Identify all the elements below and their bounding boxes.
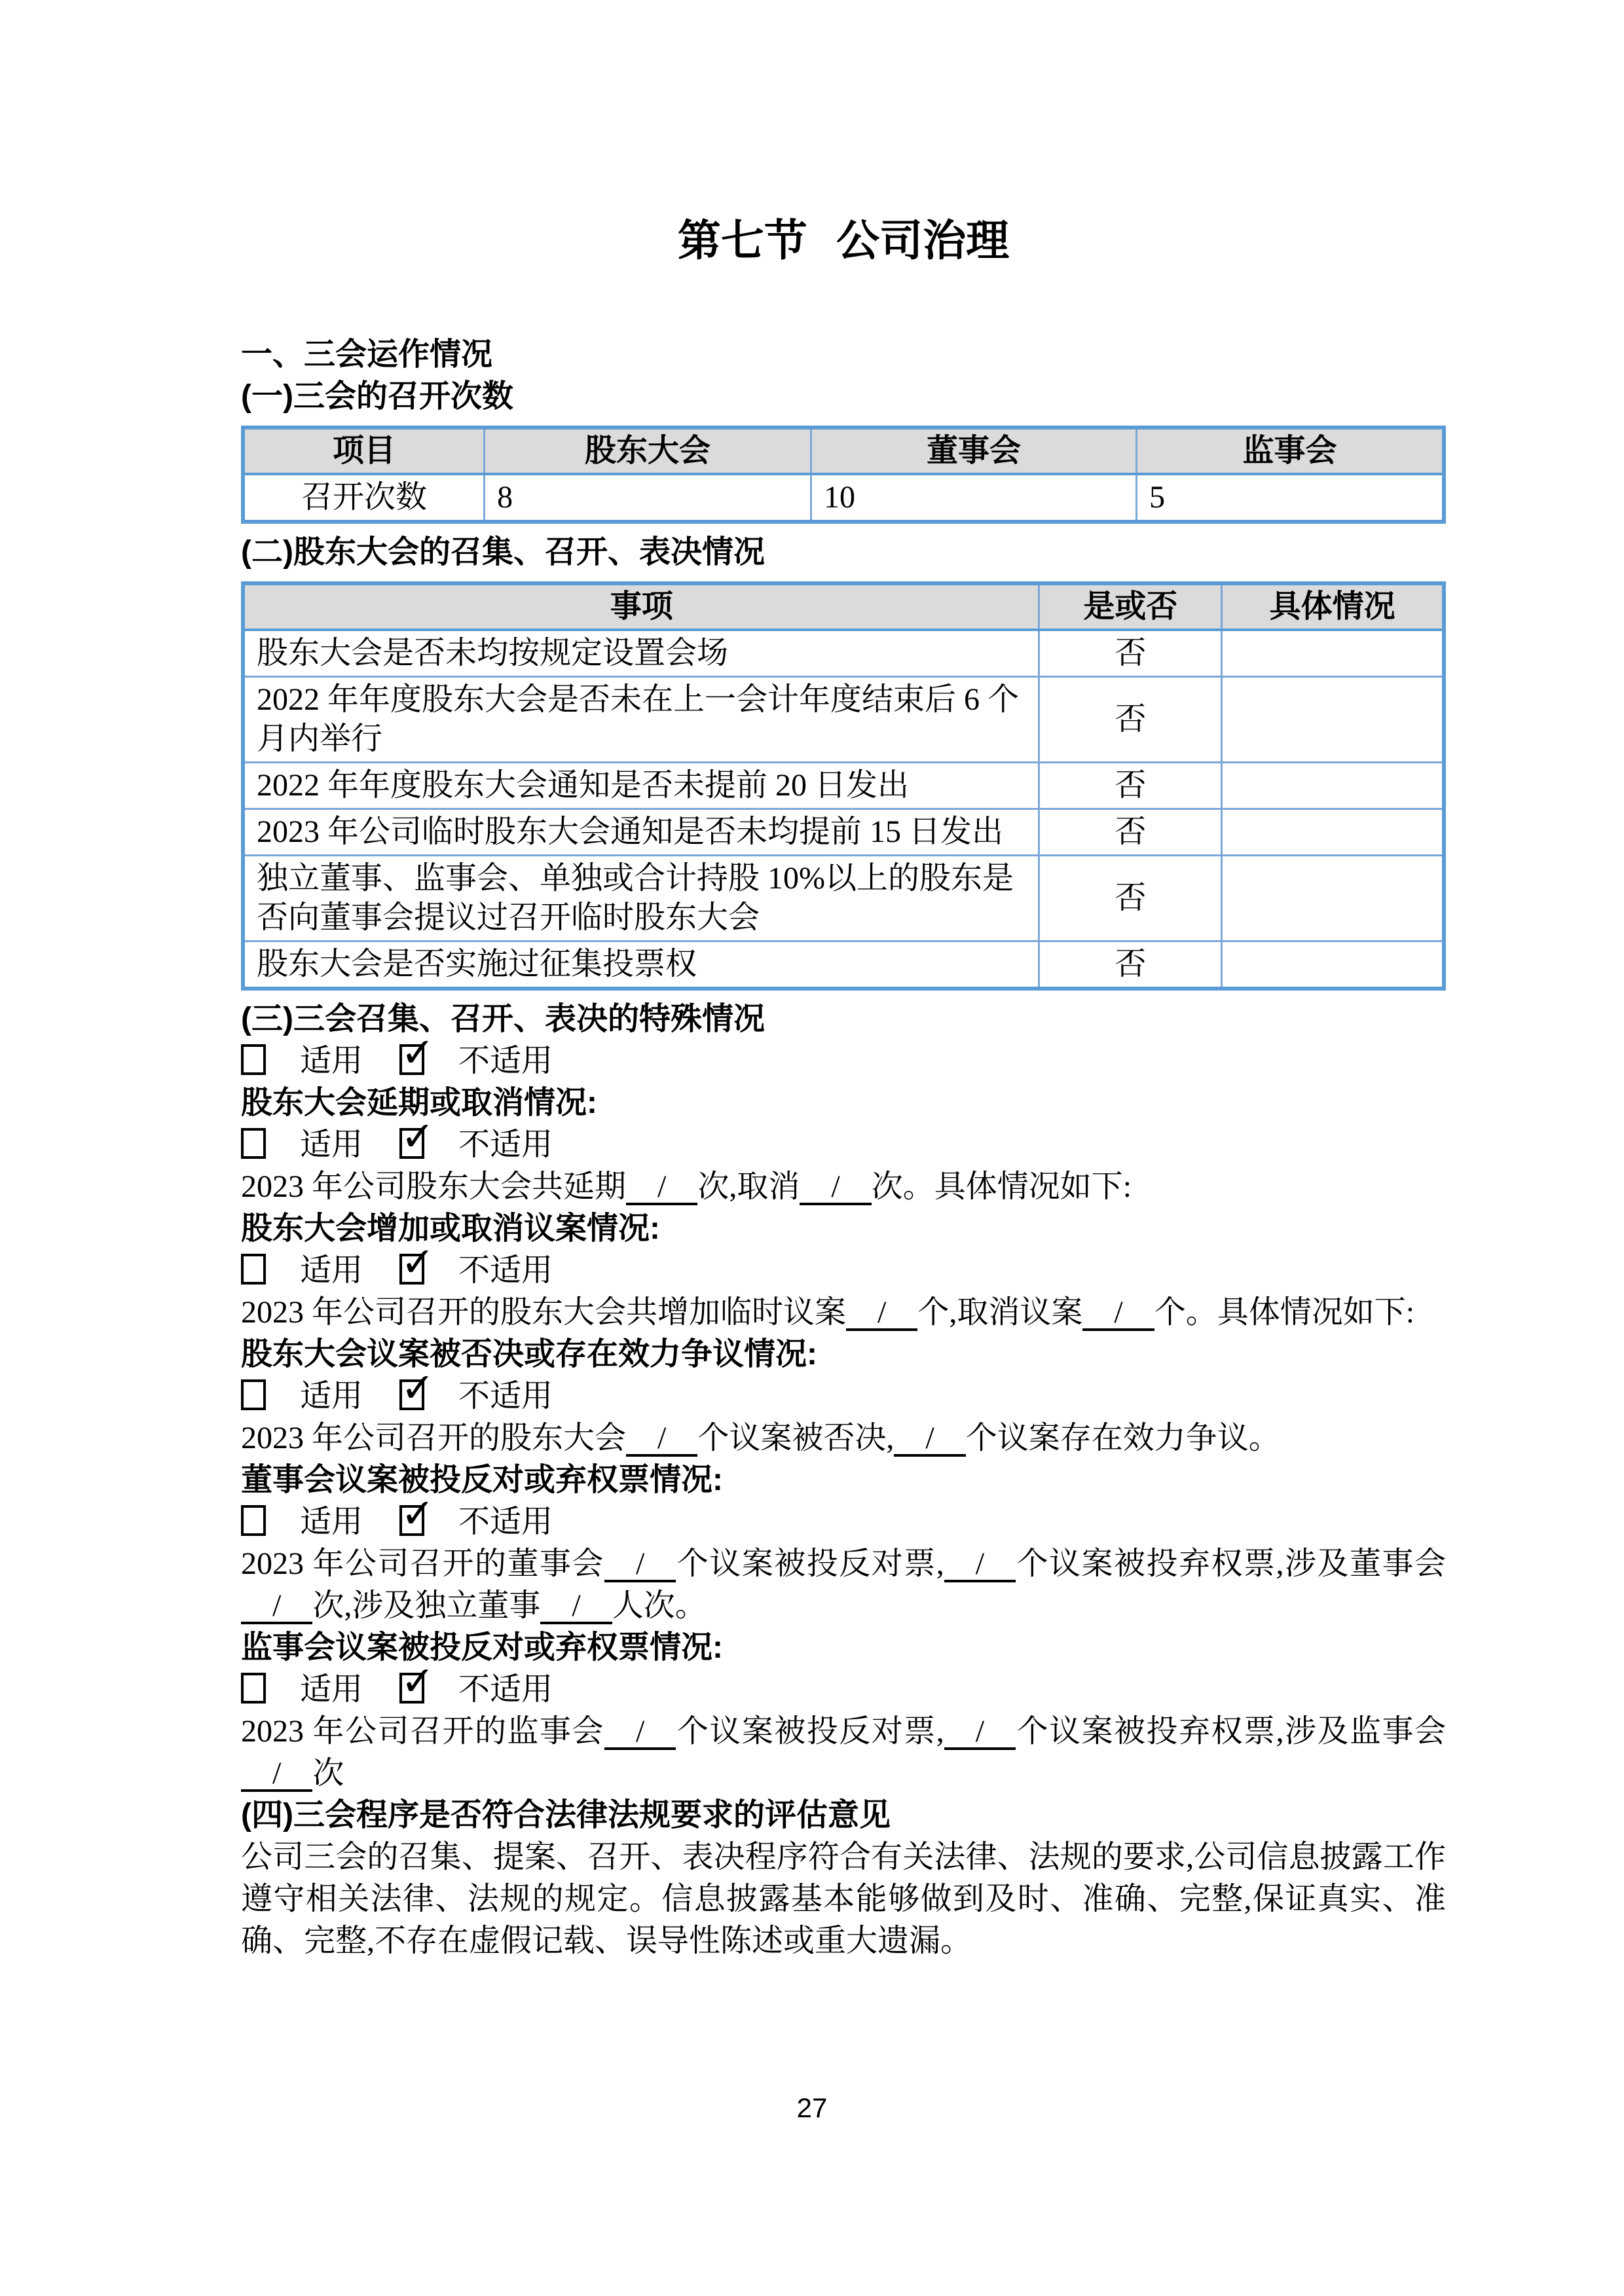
checkbox-unchecked-icon bbox=[241, 1505, 266, 1536]
yes-no-cell: 否 bbox=[1039, 941, 1222, 989]
paragraph: 2023 年公司召开的监事会 / 个议案被投反对票, / 个议案被投弃权票,涉及… bbox=[241, 1711, 1446, 1795]
page-number: 27 bbox=[0, 2092, 1624, 2124]
table-row: 2022 年年度股东大会是否未在上一会计年度结束后 6 个月内举行否 bbox=[243, 677, 1444, 763]
shareholder-meeting-table: 事项 是或否 具体情况 股东大会是否未均按规定设置会场否2022 年年度股东大会… bbox=[241, 581, 1446, 991]
page-title: 第七节 公司治理 bbox=[241, 216, 1446, 264]
checkbox-unchecked-icon bbox=[241, 1254, 266, 1285]
fill-in-blank-slash: / bbox=[626, 1171, 697, 1205]
table-row: 2023 年公司临时股东大会通知是否未均提前 15 日发出否 bbox=[243, 809, 1444, 856]
table-row: 股东大会是否未均按规定设置会场否 bbox=[243, 630, 1444, 677]
paragraph: 2023 年公司股东大会共延期 / 次,取消 / 次。具体情况如下: bbox=[241, 1166, 1446, 1208]
paragraph: 2023 年公司召开的股东大会共增加临时议案 / 个,取消议案 / 个。具体情况… bbox=[241, 1292, 1446, 1334]
checkbox-checked-icon bbox=[399, 1379, 424, 1410]
yes-no-cell: 否 bbox=[1039, 763, 1222, 809]
not-applicable-label: 不适用 bbox=[458, 1504, 553, 1539]
table-header-row: 项目 股东大会 董事会 监事会 bbox=[243, 428, 1444, 474]
yes-no-cell: 否 bbox=[1039, 809, 1222, 856]
applicable-label: 适用 bbox=[300, 1379, 363, 1413]
not-applicable-label: 不适用 bbox=[458, 1044, 553, 1078]
column-header-board-of-directors: 董事会 bbox=[811, 428, 1136, 474]
yes-no-cell: 否 bbox=[1039, 677, 1222, 763]
applicable-label: 适用 bbox=[300, 1672, 363, 1707]
applicable-label: 适用 bbox=[300, 1044, 363, 1078]
details-cell bbox=[1222, 677, 1444, 763]
matter-cell: 2023 年公司临时股东大会通知是否未均提前 15 日发出 bbox=[243, 809, 1039, 856]
applicability-row: 适用不适用 bbox=[241, 1376, 1446, 1417]
not-applicable-label: 不适用 bbox=[458, 1127, 553, 1162]
board-meeting-count: 10 bbox=[811, 474, 1136, 522]
checkbox-unchecked-icon bbox=[241, 1128, 266, 1159]
fill-in-blank-slash: / bbox=[241, 1590, 312, 1624]
applicable-label: 适用 bbox=[300, 1504, 363, 1539]
column-header-shareholder-meeting: 股东大会 bbox=[485, 428, 811, 474]
column-header-details: 具体情况 bbox=[1222, 583, 1444, 630]
checkbox-checked-icon bbox=[399, 1254, 424, 1285]
fill-in-blank-slash: / bbox=[540, 1590, 612, 1624]
applicability-row: 适用不适用 bbox=[241, 1669, 1446, 1711]
column-header-board-of-supervisors: 监事会 bbox=[1136, 428, 1444, 474]
checkbox-unchecked-icon bbox=[241, 1044, 266, 1075]
applicability-row: 适用不适用 bbox=[241, 1040, 1446, 1082]
checkbox-checked-icon bbox=[399, 1128, 424, 1159]
fill-in-blank-slash: / bbox=[944, 1548, 1016, 1582]
matter-cell: 股东大会是否实施过征集投票权 bbox=[243, 941, 1039, 989]
heading-meeting-counts: (一)三会的召开次数 bbox=[241, 376, 1446, 418]
paragraph: 2023 年公司召开的股东大会 / 个议案被否决, / 个议案存在效力争议。 bbox=[241, 1417, 1446, 1459]
fill-in-blank-slash: / bbox=[1082, 1297, 1154, 1331]
details-cell bbox=[1222, 763, 1444, 809]
shareholder-meeting-count: 8 bbox=[485, 474, 811, 522]
fill-in-blank-slash: / bbox=[894, 1423, 965, 1457]
heading-shareholder-meeting-situation: (二)股东大会的召集、召开、表决情况 bbox=[241, 532, 1446, 574]
checkbox-checked-icon bbox=[399, 1505, 424, 1536]
table-row: 独立董事、监事会、单独或合计持股 10%以上的股东是否向董事会提议过召开临时股东… bbox=[243, 856, 1444, 941]
table-row: 股东大会是否实施过征集投票权否 bbox=[243, 941, 1444, 989]
supervisor-meeting-count: 5 bbox=[1136, 474, 1444, 522]
table-header-row: 事项 是或否 具体情况 bbox=[243, 583, 1444, 630]
fill-in-blank-slash: / bbox=[846, 1297, 917, 1331]
not-applicable-label: 不适用 bbox=[458, 1379, 553, 1413]
fill-in-blank-slash: / bbox=[604, 1716, 676, 1750]
fill-in-blank-slash: / bbox=[626, 1423, 697, 1457]
meeting-count-table: 项目 股东大会 董事会 监事会 召开次数 8 10 5 bbox=[241, 426, 1446, 524]
paragraph: 公司三会的召集、提案、召开、表决程序符合有关法律、法规的要求,公司信息披露工作遵… bbox=[241, 1836, 1446, 1962]
details-cell bbox=[1222, 856, 1444, 941]
fill-in-blank-slash: / bbox=[241, 1758, 312, 1792]
details-cell bbox=[1222, 630, 1444, 677]
applicable-label: 适用 bbox=[300, 1127, 363, 1162]
column-header-yes-or-no: 是或否 bbox=[1039, 583, 1222, 630]
applicability-row: 适用不适用 bbox=[241, 1250, 1446, 1292]
applicability-row: 适用不适用 bbox=[241, 1124, 1446, 1166]
checkbox-checked-icon bbox=[399, 1044, 424, 1075]
fill-in-blank-slash: / bbox=[944, 1716, 1016, 1750]
checkbox-unchecked-icon bbox=[241, 1379, 266, 1410]
fill-in-blank-slash: / bbox=[800, 1171, 871, 1205]
page-content: 第七节 公司治理 一、三会运作情况 (一)三会的召开次数 项目 股东大会 董事会… bbox=[0, 0, 1624, 1962]
not-applicable-label: 不适用 bbox=[458, 1253, 553, 1288]
special-situations-section: (三)三会召集、召开、表决的特殊情况适用不适用股东大会延期或取消情况:适用不适用… bbox=[241, 998, 1446, 1962]
matter-cell: 2022 年年度股东大会是否未在上一会计年度结束后 6 个月内举行 bbox=[243, 677, 1039, 763]
applicable-label: 适用 bbox=[300, 1253, 363, 1288]
column-header-matter: 事项 bbox=[243, 583, 1039, 630]
matter-cell: 2022 年年度股东大会通知是否未提前 20 日发出 bbox=[243, 763, 1039, 809]
yes-no-cell: 否 bbox=[1039, 856, 1222, 941]
yes-no-cell: 否 bbox=[1039, 630, 1222, 677]
table-row: 召开次数 8 10 5 bbox=[243, 474, 1444, 522]
row-label-meeting-count: 召开次数 bbox=[243, 474, 485, 522]
checkbox-checked-icon bbox=[399, 1673, 424, 1704]
details-cell bbox=[1222, 809, 1444, 856]
document-page: 第七节 公司治理 一、三会运作情况 (一)三会的召开次数 项目 股东大会 董事会… bbox=[0, 0, 1624, 2296]
details-cell bbox=[1222, 941, 1444, 989]
column-header-item: 项目 bbox=[243, 428, 485, 474]
fill-in-blank-slash: / bbox=[604, 1548, 676, 1582]
table-row: 2022 年年度股东大会通知是否未提前 20 日发出否 bbox=[243, 763, 1444, 809]
matter-cell: 独立董事、监事会、单独或合计持股 10%以上的股东是否向董事会提议过召开临时股东… bbox=[243, 856, 1039, 941]
not-applicable-label: 不适用 bbox=[458, 1672, 553, 1707]
checkbox-unchecked-icon bbox=[241, 1673, 266, 1704]
section-heading: (四)三会程序是否符合法律法规要求的评估意见 bbox=[241, 1795, 1446, 1836]
paragraph: 2023 年公司召开的董事会 / 个议案被投反对票, / 个议案被投弃权票,涉及… bbox=[241, 1543, 1446, 1627]
applicability-row: 适用不适用 bbox=[241, 1501, 1446, 1543]
heading-three-meetings-operation: 一、三会运作情况 bbox=[241, 334, 1446, 376]
matter-cell: 股东大会是否未均按规定设置会场 bbox=[243, 630, 1039, 677]
